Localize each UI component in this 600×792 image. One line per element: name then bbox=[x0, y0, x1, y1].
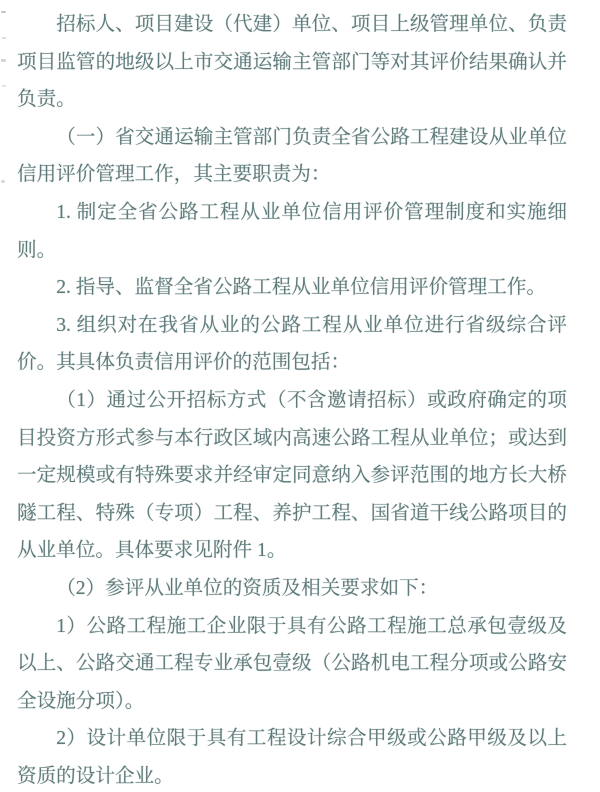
scan-artifact bbox=[2, 85, 6, 87]
scan-artifact bbox=[1, 11, 6, 13]
paragraph-duty-1: 1. 制定全省公路工程从业单位信用评价管理制度和实施细则。 bbox=[17, 194, 567, 269]
scan-artifact bbox=[2, 37, 6, 39]
paragraph-intro: 招标人、项目建设（代建）单位、项目上级管理单位、负责项目监管的地级以上市交通运输… bbox=[17, 6, 567, 119]
paragraph-qualification-1: 1）公路工程施工企业限于具有公路工程施工总承包壹级及以上、公路交通工程专业承包壹… bbox=[17, 608, 567, 721]
paragraph-scope-item-2: （2）参评从业单位的资质及相关要求如下： bbox=[17, 570, 567, 608]
paragraph-scope-item-1: （1）通过公开招标方式（不含邀请招标）或政府确定的项目投资方形式参与本行政区域内… bbox=[17, 382, 567, 570]
scan-artifact bbox=[1, 59, 6, 62]
paragraph-duty-3: 3. 组织对在我省从业的公路工程从业单位进行省级综合评价。其具体负责信用评价的范… bbox=[17, 307, 567, 382]
paragraph-qualification-2: 2）设计单位限于具有工程设计综合甲级或公路甲级及以上资质的设计企业。 bbox=[17, 720, 567, 792]
document-page: 招标人、项目建设（代建）单位、项目上级管理单位、负责项目监管的地级以上市交通运输… bbox=[0, 0, 600, 792]
paragraph-section-1: （一）省交通运输主管部门负责全省公路工程建设从业单位信用评价管理工作，其主要职责… bbox=[17, 119, 567, 194]
paragraph-duty-2: 2. 指导、监督全省公路工程从业单位信用评价管理工作。 bbox=[17, 269, 567, 307]
scan-artifact bbox=[1, 180, 5, 183]
document-body: 招标人、项目建设（代建）单位、项目上级管理单位、负责项目监管的地级以上市交通运输… bbox=[17, 6, 567, 792]
